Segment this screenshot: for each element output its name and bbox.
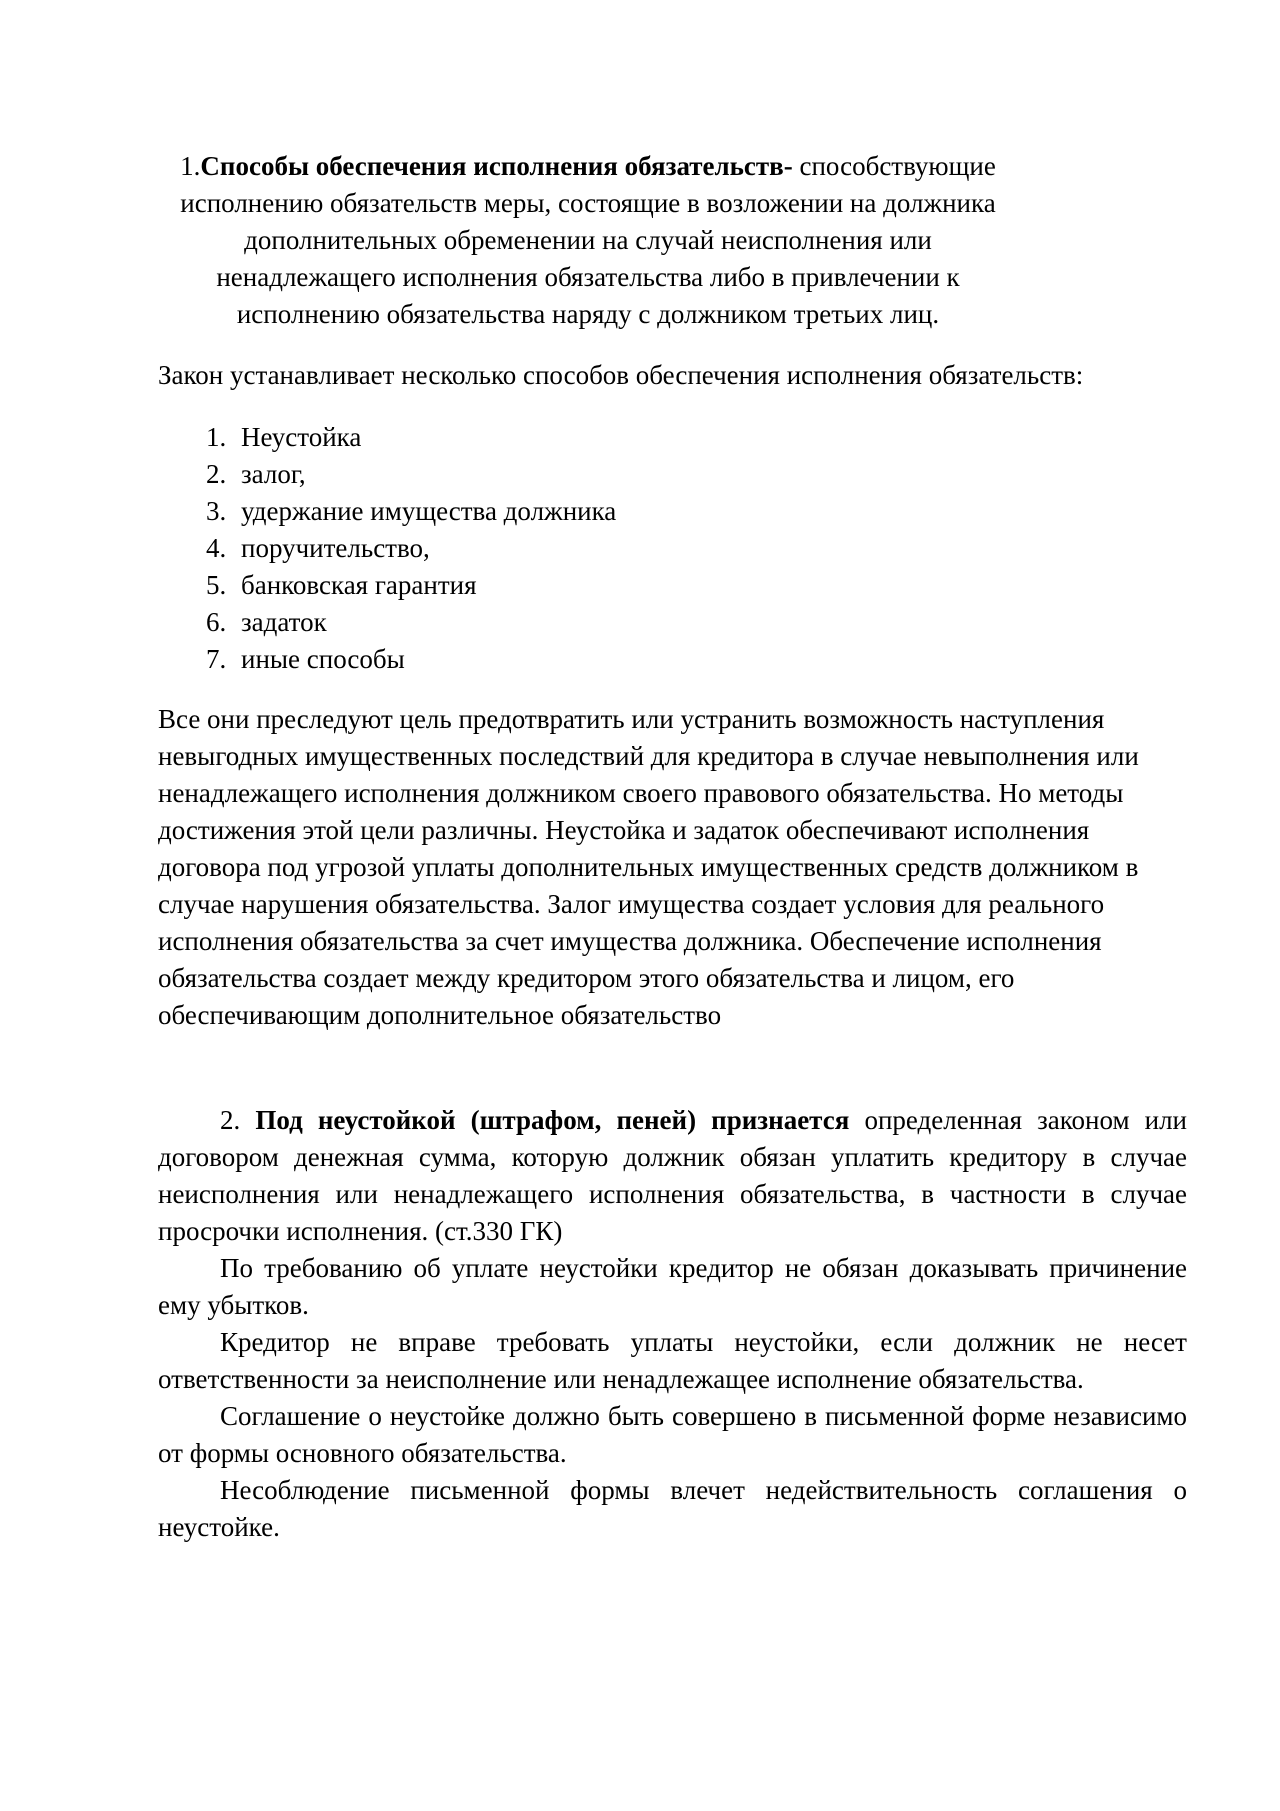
section2-paragraph-4: Несоблюдение письменной формы влечет нед… xyxy=(158,1472,1187,1546)
section2-paragraph-3: Соглашение о неустойке должно быть совер… xyxy=(158,1398,1187,1472)
section2-number: 2. xyxy=(220,1105,240,1135)
purpose-paragraph: Все они преследуют цель предотвратить ил… xyxy=(158,701,1187,1034)
section2-paragraph-1: По требованию об уплате неустойки кредит… xyxy=(158,1250,1187,1324)
heading-number: 1. xyxy=(180,151,200,181)
methods-list-item-6: задаток xyxy=(233,604,1187,641)
definition-heading: 1.Способы обеспечения исполнения обязате… xyxy=(158,148,1018,333)
document-page: 1.Способы обеспечения исполнения обязате… xyxy=(0,0,1280,1811)
section2-term-bold: Под неустойкой (штрафом, пеней) признает… xyxy=(255,1105,849,1135)
methods-list-item-3: удержание имущества должника xyxy=(233,493,1187,530)
section-2: 2. Под неустойкой (штрафом, пеней) призн… xyxy=(158,1102,1187,1546)
methods-list-item-4: поручительство, xyxy=(233,530,1187,567)
intro-paragraph: Закон устанавливает несколько способов о… xyxy=(158,357,1187,394)
heading-term-bold: Способы обеспечения исполнения обязатель… xyxy=(200,151,792,181)
methods-list-item-2: залог, xyxy=(233,456,1187,493)
methods-list-item-7: иные способы xyxy=(233,641,1187,678)
methods-list-item-1: Неустойка xyxy=(233,419,1187,456)
methods-list-item-5: банковская гарантия xyxy=(233,567,1187,604)
section2-definition: 2. Под неустойкой (штрафом, пеней) призн… xyxy=(158,1102,1187,1250)
section2-paragraph-2: Кредитор не вправе требовать уплаты неус… xyxy=(158,1324,1187,1398)
methods-list: Неустойка залог, удержание имущества дол… xyxy=(158,419,1187,678)
